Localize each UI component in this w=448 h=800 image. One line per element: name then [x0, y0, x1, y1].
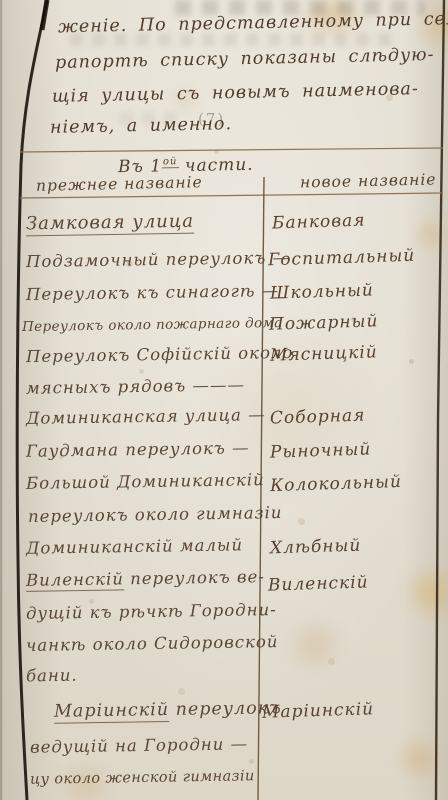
- new-name-entry: Колокольный: [270, 472, 402, 496]
- old-name-text: переулокъ ве-: [124, 567, 265, 588]
- old-name-text: переулокъ около гимназіи: [28, 503, 283, 526]
- old-name-line: ведущій на Городни —: [30, 734, 248, 756]
- new-name-entry: Пожарный: [269, 311, 379, 334]
- new-name-entry: Хлѣбный: [270, 536, 362, 559]
- old-name-line: Большой Доминиканскій: [26, 470, 265, 493]
- old-name-text: мясныхъ рядовъ ———: [26, 375, 245, 397]
- old-name-text: Гаудмана переулокъ —: [26, 438, 250, 461]
- section-title-ordinal: ой: [162, 156, 179, 168]
- new-name-entry: Рыночный: [270, 439, 372, 462]
- old-name-line: Виленскій переулокъ ве-: [26, 567, 265, 590]
- old-name-line: Доминиканскій малый: [26, 535, 243, 557]
- old-name-line: переулокъ около гимназіи: [28, 503, 283, 526]
- column-header-old-name: прежнее названіе: [36, 173, 203, 195]
- old-name-line: Доминиканская улица —: [26, 405, 266, 428]
- old-name-text: Доминиканская улица —: [26, 405, 266, 428]
- old-name-line: бани.: [26, 666, 78, 686]
- new-name-entry: Соборная: [270, 406, 366, 429]
- old-name-line: дущій къ рѣчкѣ Городни-: [26, 600, 277, 623]
- old-name-line: чанкѣ около Сидоровской: [26, 632, 279, 655]
- old-name-line: Замковая улица: [26, 211, 194, 235]
- right-page-border: [436, 0, 444, 800]
- old-name-text: дущій къ рѣчкѣ Городни-: [26, 600, 277, 623]
- old-name-text: Большой Доминиканскій: [26, 470, 265, 493]
- old-name-line: Переулокъ къ синагогѣ —: [26, 281, 279, 304]
- underlined-street-name: Виленскій: [26, 569, 124, 592]
- old-name-text: Переулокъ къ синагогѣ —: [26, 281, 279, 304]
- left-page-border-top: [42, 0, 47, 30]
- old-name-text: бани.: [26, 666, 78, 686]
- new-name-entry: Мясницкій: [270, 342, 378, 365]
- column-header-new-name: новое названіе: [300, 170, 437, 191]
- underlined-street-name: Маріинскій: [54, 700, 169, 724]
- old-name-text: ведущій на Городни —: [30, 734, 248, 756]
- old-name-line: Маріинскій переулокъ: [54, 698, 282, 722]
- old-name-text: чанкѣ около Сидоровской: [26, 632, 279, 655]
- table-top-rule: [20, 148, 443, 152]
- old-name-line: Гаудмана переулокъ —: [26, 438, 250, 461]
- new-name-entry: Виленскій: [268, 572, 369, 595]
- old-name-text: Доминиканскій малый: [26, 535, 243, 557]
- intro-line: ніемъ, а именно.: [50, 114, 232, 138]
- new-name-entry: Маріинскій: [262, 699, 375, 723]
- new-name-entry: Школьный: [270, 280, 374, 303]
- new-name-entry: Банковая: [272, 211, 366, 234]
- underlined-street-name: Замковая улица: [26, 211, 194, 237]
- old-name-line: мясныхъ рядовъ ———: [26, 375, 245, 397]
